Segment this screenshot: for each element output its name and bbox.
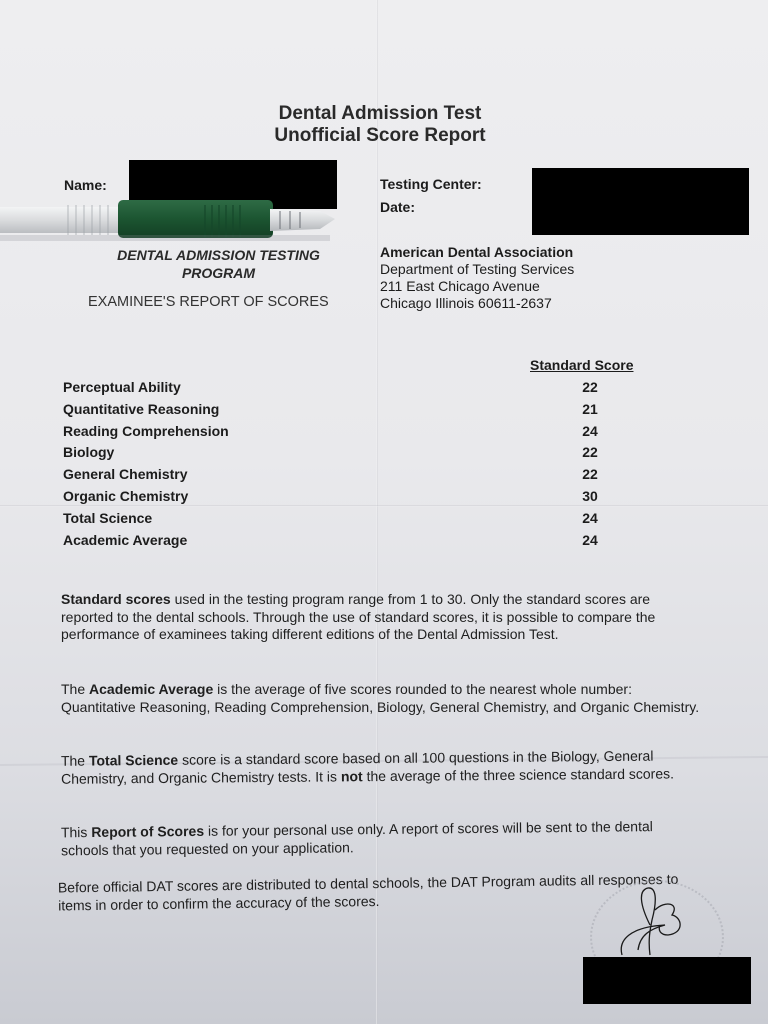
- p4-pre: This: [61, 824, 92, 840]
- paragraph-total-science: The Total Science score is a standard sc…: [61, 747, 701, 788]
- score-row: Total Science24: [63, 510, 623, 532]
- p3-end: the average of the three science standar…: [363, 765, 674, 784]
- score-value: 24: [563, 423, 617, 439]
- program-line-1: DENTAL ADMISSION TESTING: [96, 246, 341, 264]
- p2-pre: The: [61, 681, 89, 697]
- score-value: 21: [563, 401, 617, 417]
- score-value: 30: [563, 488, 617, 504]
- score-row: Organic Chemistry30: [63, 488, 623, 510]
- score-subject: Academic Average: [63, 532, 187, 548]
- score-row: Reading Comprehension24: [63, 423, 623, 445]
- ada-city: Chicago Illinois 60611-2637: [380, 295, 574, 312]
- p4-bold: Report of Scores: [91, 823, 204, 840]
- p2-bold: Academic Average: [89, 681, 213, 697]
- paragraph-report-of-scores: This Report of Scores is for your person…: [61, 818, 701, 860]
- score-row: Biology22: [63, 444, 623, 466]
- p3-bold-not: not: [341, 768, 363, 784]
- ada-address: American Dental Association Department o…: [380, 244, 574, 312]
- examinee-report-heading: EXAMINEE'S REPORT OF SCORES: [88, 294, 329, 310]
- score-subject: Perceptual Ability: [63, 379, 181, 395]
- ada-name: American Dental Association: [380, 244, 574, 261]
- score-value: 22: [563, 379, 617, 395]
- title-line-2: Unofficial Score Report: [230, 125, 530, 147]
- paragraph-standard-scores: Standard scores used in the testing prog…: [61, 591, 701, 644]
- report-title: Dental Admission Test Unofficial Score R…: [230, 103, 530, 147]
- score-value: 24: [563, 532, 617, 548]
- p1-bold: Standard scores: [61, 591, 171, 607]
- score-row: Academic Average24: [63, 532, 623, 554]
- p3-pre: The: [61, 753, 89, 769]
- score-value: 22: [563, 466, 617, 482]
- score-subject: Biology: [63, 444, 114, 460]
- signature-icon: [610, 885, 710, 965]
- score-subject: Total Science: [63, 510, 152, 526]
- p5-text: Before official DAT scores are distribut…: [58, 871, 679, 913]
- score-subject: Reading Comprehension: [63, 423, 229, 439]
- title-line-1: Dental Admission Test: [230, 103, 530, 125]
- ada-street: 211 East Chicago Avenue: [380, 278, 574, 295]
- standard-score-header: Standard Score: [530, 357, 633, 373]
- score-row: Perceptual Ability22: [63, 379, 623, 401]
- name-label: Name:: [64, 177, 107, 193]
- score-value: 22: [563, 444, 617, 460]
- score-subject: Organic Chemistry: [63, 488, 188, 504]
- testing-center-label: Testing Center:: [380, 176, 482, 192]
- center-date-redaction: [532, 168, 749, 235]
- p3-bold: Total Science: [89, 752, 178, 769]
- score-subject: Quantitative Reasoning: [63, 401, 219, 417]
- program-heading: DENTAL ADMISSION TESTING PROGRAM: [96, 246, 341, 282]
- signer-redaction: [583, 957, 751, 1004]
- program-line-2: PROGRAM: [96, 264, 341, 282]
- score-subject: General Chemistry: [63, 466, 188, 482]
- ada-department: Department of Testing Services: [380, 261, 574, 278]
- score-value: 24: [563, 510, 617, 526]
- pen-icon: [0, 197, 340, 243]
- score-row: Quantitative Reasoning21: [63, 401, 623, 423]
- date-label: Date:: [380, 199, 415, 215]
- score-row: General Chemistry22: [63, 466, 623, 488]
- paragraph-academic-average: The Academic Average is the average of f…: [61, 681, 701, 716]
